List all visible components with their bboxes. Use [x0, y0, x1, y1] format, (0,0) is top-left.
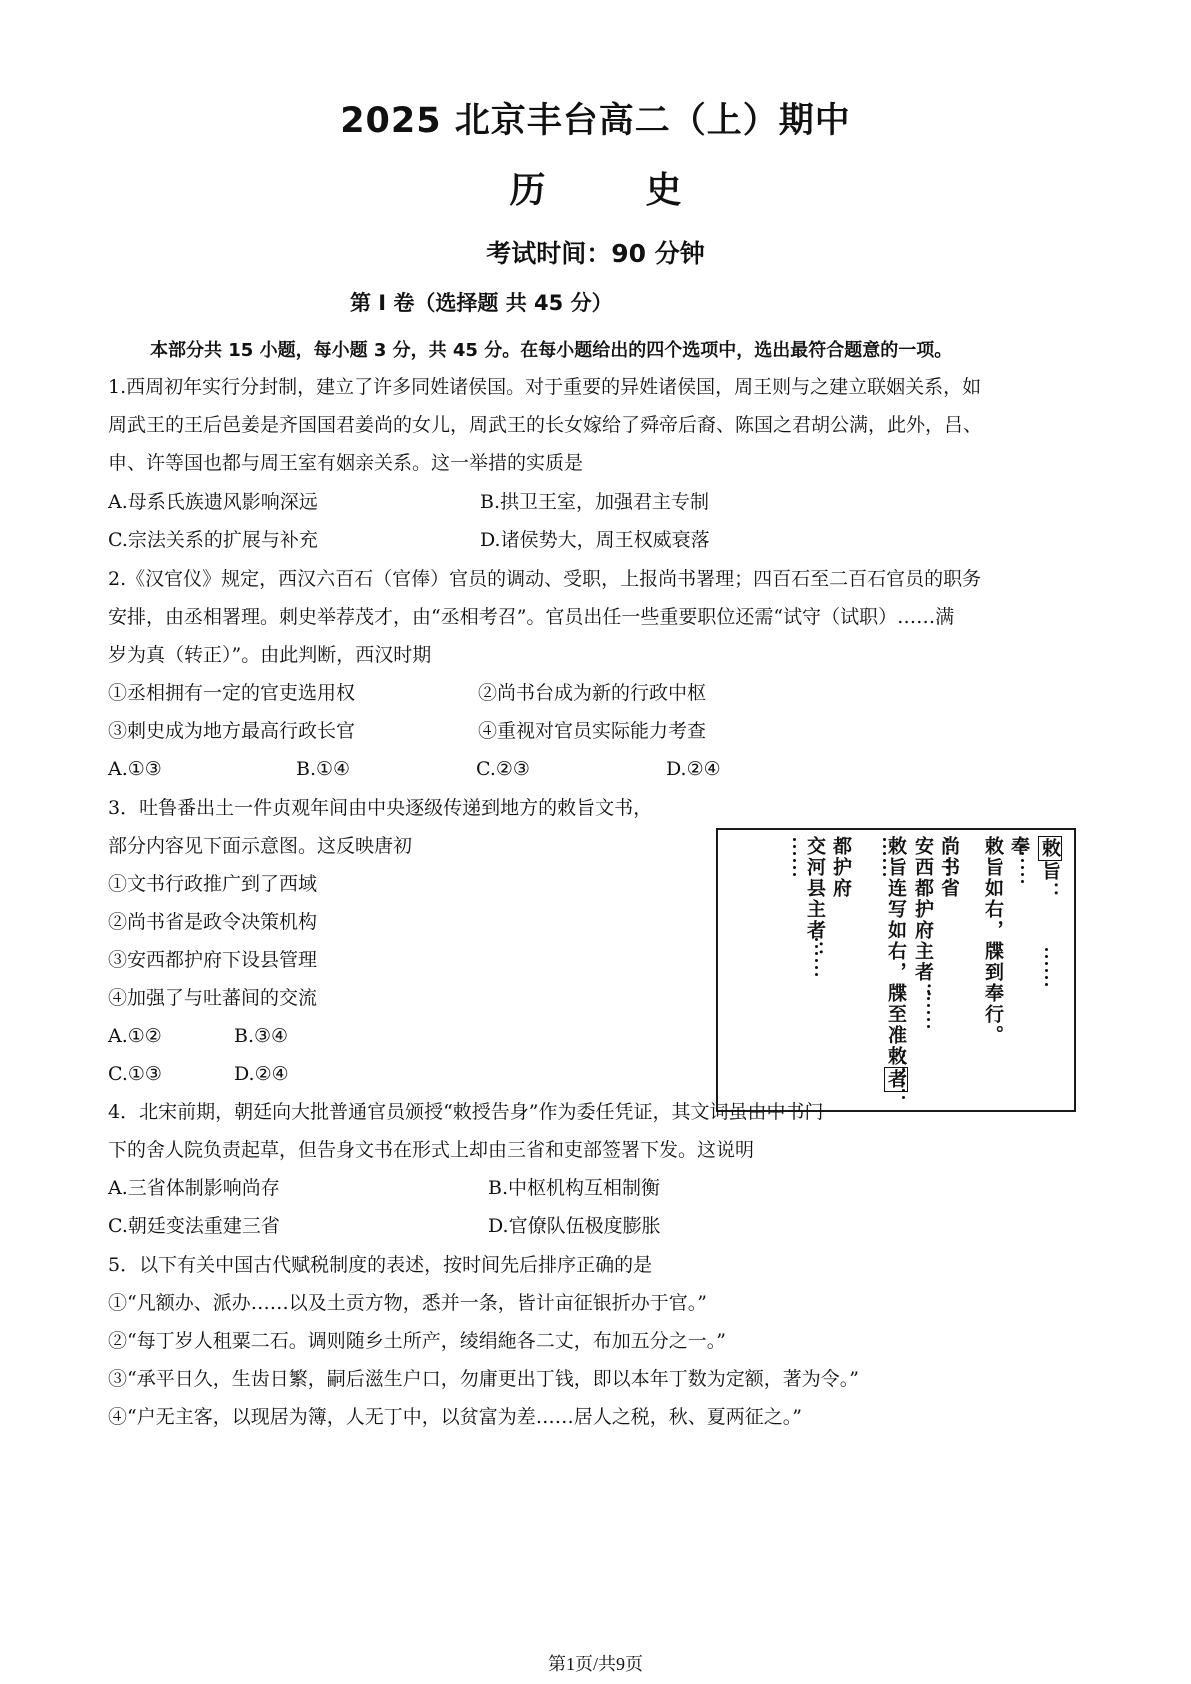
option-d[interactable]: D.②④ — [234, 1062, 289, 1086]
option-a[interactable]: A.①② — [108, 1024, 162, 1048]
option-c[interactable]: C.①③ — [108, 1062, 162, 1086]
option-c[interactable]: C.宗法关系的扩展与补充 — [108, 528, 318, 552]
question-stem-line: 1.西周初年实行分封制，建立了许多同姓诸侯国。对于重要的异姓诸侯国，周王则与之建… — [108, 375, 981, 399]
statement-1: ①文书行政推广到了西域 — [108, 872, 317, 896]
option-b[interactable]: B.拱卫王室，加强君主专制 — [480, 490, 709, 514]
question-stem-line: 申、许等国也都与周王室有姻亲关系。这一举措的实质是 — [108, 451, 583, 475]
statement-1: ①丞相拥有一定的官吏选用权 — [108, 681, 355, 705]
question-stem-line: 下的舍人院负责起草，但告身文书在形式上却由三省和吏部签署下发。这说明 — [108, 1138, 754, 1162]
statement-4: ④“户无主客，以现居为簿，人无丁中，以贫富为差……居人之税，秋、夏两征之。” — [108, 1405, 802, 1429]
page-indicator: 第1页/共9页 — [0, 1650, 1191, 1676]
figure-column-shangshu: 尚书省 — [938, 836, 960, 899]
subject-char-2: 史 — [646, 170, 682, 211]
statement-3: ③安西都护府下设县管理 — [108, 948, 317, 972]
option-d[interactable]: D.诸侯势大，周王权威衰落 — [480, 528, 710, 552]
question-stem-line: 4．北宋前期，朝廷向大批普通官员颁授“敕授告身”作为委任凭证，其文词虽由中书门 — [108, 1100, 824, 1124]
option-d[interactable]: D.②④ — [666, 757, 721, 781]
ellipsis-dots — [926, 990, 930, 1032]
option-b[interactable]: B.①④ — [296, 757, 350, 781]
question-stem-line: 5．以下有关中国古代赋税制度的表述，按时间先后排序正确的是 — [108, 1253, 652, 1277]
statement-4: ④重视对官员实际能力考查 — [478, 719, 706, 743]
question-stem-line: 周武王的王后邑姜是齐国国君姜尚的女儿，周武王的长女嫁给了舜帝后裔、陈国之君胡公满… — [108, 413, 982, 437]
option-b[interactable]: B.③④ — [234, 1024, 288, 1048]
ellipsis-dots — [901, 1054, 905, 1103]
edict-document-figure: 敕旨： 奉 敕旨如右，牒到奉行。 尚书省 安西都护府主者： 敕旨连写如右，牒至准… — [716, 828, 1076, 1112]
boxed-character: 敕 — [1038, 836, 1062, 861]
question-stem-line: 安排，由丞相署理。刺史举荐茂才，由“丞相考召”。官员出任一些重要职位还需“试守（… — [108, 605, 954, 629]
ellipsis-dots — [792, 838, 796, 880]
statement-1: ①“凡额办、派办……以及土贡方物，悉并一条，皆计亩征银折办于官。” — [108, 1291, 707, 1315]
exam-time: 考试时间：90 分钟 — [0, 234, 1191, 270]
figure-column-edict-forward: 敕旨如右，牒到奉行。 — [982, 836, 1004, 1046]
statement-3: ③刺史成为地方最高行政长官 — [108, 719, 355, 743]
subject-char-1: 历 — [509, 170, 545, 211]
question-stem-line: 岁为真（转正）”。由此判断，西汉时期 — [108, 643, 431, 667]
statement-3: ③“承平日久，生齿日繁，嗣后滋生户口，勿庸更出丁钱，即以本年丁数为定额，著为令。… — [108, 1367, 859, 1391]
statement-4: ④加强了与吐蕃间的交流 — [108, 986, 317, 1010]
option-a[interactable]: A.①③ — [108, 757, 162, 781]
ellipsis-dots — [1044, 948, 1048, 990]
section-instructions: 本部分共 15 小题，每小题 3 分，共 45 分。在每小题给出的四个选项中，选… — [150, 336, 952, 362]
figure-column-edict: 敕旨： — [1038, 836, 1062, 903]
option-b[interactable]: B.中枢机构互相制衡 — [488, 1176, 660, 1200]
option-c[interactable]: C.②③ — [476, 757, 530, 781]
option-a[interactable]: A.三省体制影响尚存 — [108, 1176, 280, 1200]
figure-column-anxi: 安西都护府主者： — [912, 836, 934, 1004]
question-stem-line: 部分内容见下面示意图。这反映唐初 — [108, 834, 412, 858]
section-title: 第 I 卷（选择题 共 45 分） — [350, 287, 613, 317]
figure-column-duhufu: 都护府 — [830, 836, 852, 899]
option-d[interactable]: D.官僚队伍极度膨胀 — [488, 1214, 661, 1238]
ellipsis-dots — [882, 838, 886, 880]
statement-2: ②尚书省是政令决策机构 — [108, 910, 317, 934]
statement-2: ②尚书台成为新的行政中枢 — [478, 681, 706, 705]
option-a[interactable]: A.母系氏族遗风影响深远 — [108, 490, 318, 514]
question-stem-line: 3．吐鲁番出土一件贞观年间由中央逐级传递到地方的敕旨文书， — [108, 796, 652, 820]
exam-title: 2025 北京丰台高二（上）期中 — [0, 93, 1191, 143]
statement-2: ②“每丁岁人租粟二石。调则随乡土所产，绫绢絁各二丈，布加五分之一。” — [108, 1329, 726, 1353]
subject-title: 历史 — [0, 162, 1191, 213]
ellipsis-dots — [814, 938, 818, 980]
figure-column-text: 旨： — [1039, 861, 1061, 903]
figure-column-text: 敕旨连写如右，牒至准敕 — [885, 836, 907, 1067]
figure-column-feng: 奉 — [1008, 836, 1030, 857]
question-stem-line: 2.《汉官仪》规定，西汉六百石（官俸）官员的调动、受职，上报尚书署理；四百石至二… — [108, 567, 981, 591]
option-c[interactable]: C.朝廷变法重建三省 — [108, 1214, 280, 1238]
